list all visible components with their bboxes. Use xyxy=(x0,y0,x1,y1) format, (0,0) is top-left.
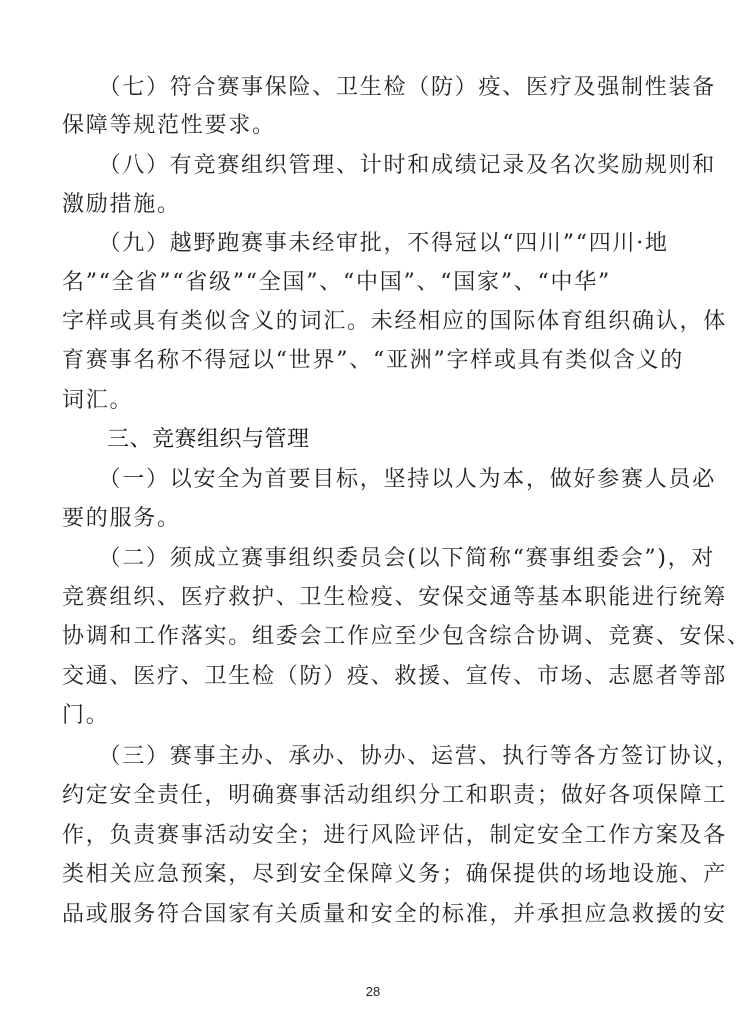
paragraph-line: 字样或具有类似含义的词汇。未经相应的国际体育组织确认，体 xyxy=(62,309,662,335)
paragraph-line: 词汇。 xyxy=(62,388,662,414)
paragraph-line: 交通、医疗、卫生检（防）疫、救援、宣传、市场、志愿者等部 xyxy=(62,664,662,690)
document-page: （七）符合赛事保险、卫生检（防）疫、医疗及强制性装备保障等规范性要求。 （八）有… xyxy=(0,0,746,1020)
section-heading: 三、竞赛组织与管理 xyxy=(62,427,662,453)
paragraph-line: （八）有竞赛组织管理、计时和成绩记录及名次奖励规则和 xyxy=(62,153,662,179)
paragraph-line: 竞赛组织、医疗救护、卫生检疫、安保交通等基本职能进行统筹 xyxy=(62,585,662,611)
paragraph-line: 类相关应急预案，尽到安全保障义务；确保提供的场地设施、产 xyxy=(62,862,662,888)
paragraph-line: 品或服务符合国家有关质量和安全的标准，并承担应急救援的安 xyxy=(62,902,662,928)
page-number: 28 xyxy=(0,984,746,999)
paragraph-line: 要的服务。 xyxy=(62,506,662,532)
paragraph-line: 约定安全责任，明确赛事活动组织分工和职责；做好各项保障工 xyxy=(62,783,662,809)
paragraph-line: 名”“全省”“省级”“全国”、“中国”、“国家”、“中华” xyxy=(62,270,662,296)
paragraph-line: （九）越野跑赛事未经审批，不得冠以“四川”“四川·地 xyxy=(62,231,662,257)
paragraph-line: （七）符合赛事保险、卫生检（防）疫、医疗及强制性装备 xyxy=(62,75,662,101)
paragraph-line: 保障等规范性要求。 xyxy=(62,113,662,139)
paragraph-line: 协调和工作落实。组委会工作应至少包含综合协调、竞赛、安保、 xyxy=(62,624,662,650)
paragraph-line: 育赛事名称不得冠以“世界”、“亚洲”字样或具有类似含义的 xyxy=(62,348,662,374)
paragraph-line: 门。 xyxy=(62,703,662,729)
paragraph-line: （三）赛事主办、承办、协办、运营、执行等各方签订协议， xyxy=(62,744,662,770)
paragraph-line: （二）须成立赛事组织委员会(以下简称“赛事组委会”)，对 xyxy=(62,546,662,572)
paragraph-line: （一）以安全为首要目标，坚持以人为本，做好参赛人员必 xyxy=(62,467,662,493)
paragraph-line: 作，负责赛事活动安全；进行风险评估，制定安全工作方案及各 xyxy=(62,823,662,849)
paragraph-line: 激励措施。 xyxy=(62,192,662,218)
